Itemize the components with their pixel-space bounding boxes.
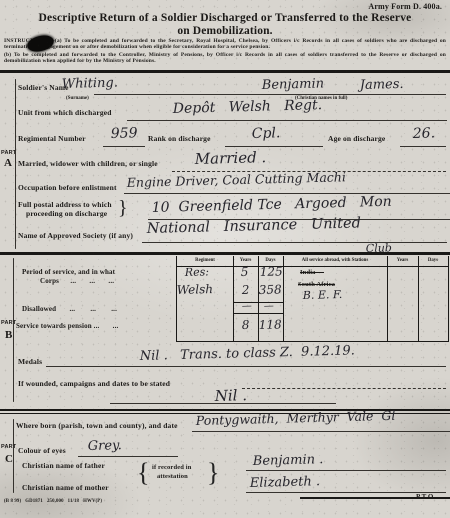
table-vline	[448, 256, 449, 341]
underline	[192, 431, 450, 432]
mother-name-value: Elizabeth .	[250, 474, 321, 491]
service-row2-regiment: Welsh	[177, 282, 214, 297]
service-towards-pension-label: Service towards pension ... ...	[16, 322, 118, 330]
col-header-days-2: Days	[418, 258, 448, 263]
medals-label: Medals	[18, 357, 42, 366]
approved-society-label: Name of Approved Society (if any)	[18, 231, 133, 240]
part-b-bracket	[13, 258, 14, 402]
table-vline	[387, 256, 388, 341]
eye-colour-value: Grey.	[88, 438, 122, 454]
section-divider	[0, 252, 450, 255]
occupation-label: Occupation before enlistment	[18, 183, 117, 192]
underline	[246, 470, 446, 471]
form-title-line2: on Demobilization.	[0, 25, 450, 37]
unit-value: Depôt Welsh Regt.	[173, 97, 323, 117]
instructions-paragraph-b: (b) To be completed and forwarded to the…	[4, 52, 446, 64]
underline	[127, 120, 447, 121]
underline	[400, 146, 446, 147]
disallowed-days-value: —	[264, 301, 274, 312]
occupation-value: Engine Driver, Coal Cutting Machi	[127, 169, 346, 190]
service-row1-years: 5	[241, 265, 249, 279]
pension-years-value: 8	[242, 318, 250, 332]
attestation-brace-close: }	[207, 458, 219, 488]
part-c-bracket	[13, 419, 14, 493]
table-vline	[418, 256, 419, 341]
form-number: Army Form D. 400a.	[368, 2, 442, 11]
part-b-letter: B	[5, 329, 12, 341]
surname-caption: (Surname)	[66, 96, 89, 101]
table-hline	[176, 266, 449, 267]
period-of-service-label-line2: Corps ... ... ...	[40, 277, 114, 285]
col-header-years-2: Years	[387, 258, 418, 263]
service-row2-abroad-struck: South Africa	[298, 281, 335, 288]
rank-label: Rank on discharge	[148, 134, 211, 143]
age-label: Age on discharge	[328, 134, 385, 143]
where-born-label: Where born (parish, town and county), an…	[16, 421, 178, 430]
army-form-document: Army Form D. 400a. Descriptive Return of…	[0, 0, 450, 518]
father-name-value: Benjamin .	[253, 452, 324, 469]
rank-value: Cpl.	[252, 125, 281, 142]
age-value: 26.	[413, 125, 436, 142]
unit-label: Unit from which discharged	[18, 108, 112, 117]
father-name-label: Christian name of father	[22, 461, 105, 470]
service-row1-abroad-struck: India —	[300, 269, 324, 276]
address-brace: }	[118, 197, 128, 220]
underline	[78, 456, 178, 457]
underline	[124, 193, 450, 194]
service-row2-abroad-handwritten: B. E. F.	[303, 288, 343, 302]
attestation-brace-open: {	[137, 458, 149, 488]
attestation-note-line2: attestation	[157, 473, 188, 480]
disallowed-years-value: —	[242, 301, 252, 312]
col-header-days: Days	[258, 258, 283, 263]
eye-colour-label: Colour of eyes	[18, 446, 66, 455]
service-row2-years: 2	[242, 283, 250, 297]
christian-name-value-1: Benjamin	[262, 76, 325, 93]
address-value: 10 Greenfield Tce Argoed Mon	[152, 194, 392, 216]
underline	[94, 94, 446, 95]
col-header-years: Years	[233, 258, 258, 263]
table-hline	[176, 341, 449, 342]
medals-value: Nil . Trans. to class Z. 9.12.19.	[140, 343, 355, 364]
disallowed-label: Disallowed ... ... ...	[22, 305, 117, 313]
col-header-regiment: Regiment	[177, 258, 233, 263]
where-born-value: Pontygwaith, Merthyr Vale Gl	[196, 408, 396, 428]
table-vline	[283, 256, 284, 341]
attestation-note-line1: if recorded in	[152, 464, 192, 471]
service-row2-days: 358	[259, 282, 282, 297]
address-label-line2: proceeding on discharge	[26, 209, 107, 218]
part-a-bracket	[15, 79, 16, 249]
underline	[142, 242, 447, 243]
form-title-line1: Descriptive Return of a Soldier Discharg…	[0, 12, 450, 24]
part-b-word: PART	[1, 320, 16, 326]
part-c-word: PART	[1, 444, 16, 450]
underline	[103, 146, 145, 147]
pension-days-value: 118	[259, 317, 282, 332]
regimental-number-value: 959	[111, 125, 138, 142]
underline	[242, 388, 446, 389]
regimental-number-label: Regimental Number	[18, 134, 86, 143]
instructions-paragraph-a: INSTRUCTIONS.—(a) To be completed and fo…	[4, 38, 446, 50]
table-hline	[233, 313, 283, 314]
service-row1-days: 125	[260, 264, 283, 279]
underline	[225, 146, 323, 147]
col-header-abroad: All service abroad, with Stations	[283, 258, 387, 263]
address-label-line1: Full postal address to which	[18, 200, 112, 209]
section-divider	[0, 70, 450, 73]
part-c-letter: C	[5, 453, 13, 465]
marital-status-label: Married, widower with children, or singl…	[18, 159, 158, 168]
wounded-label: If wounded, campaigns and dates to be st…	[18, 379, 170, 388]
underline	[46, 366, 446, 367]
period-of-service-label-line1: Period of service, and in what	[22, 268, 115, 276]
printer-imprint: (B 8 99) GD1871 250,000 11/18 HWV(P)	[4, 499, 102, 504]
christian-name-value-2: James.	[360, 77, 404, 93]
table-vline	[176, 256, 177, 341]
mother-name-label: Christian name of mother	[22, 483, 109, 492]
surname-value: Whiting.	[62, 76, 118, 92]
part-a-letter: A	[4, 157, 12, 169]
table-hline	[233, 302, 283, 303]
table-vline	[233, 256, 234, 341]
underline	[110, 403, 336, 404]
service-row1-regiment: Res:	[185, 265, 209, 279]
pto-note: P.T.O.	[416, 493, 435, 501]
marital-status-value: Married .	[195, 148, 267, 168]
